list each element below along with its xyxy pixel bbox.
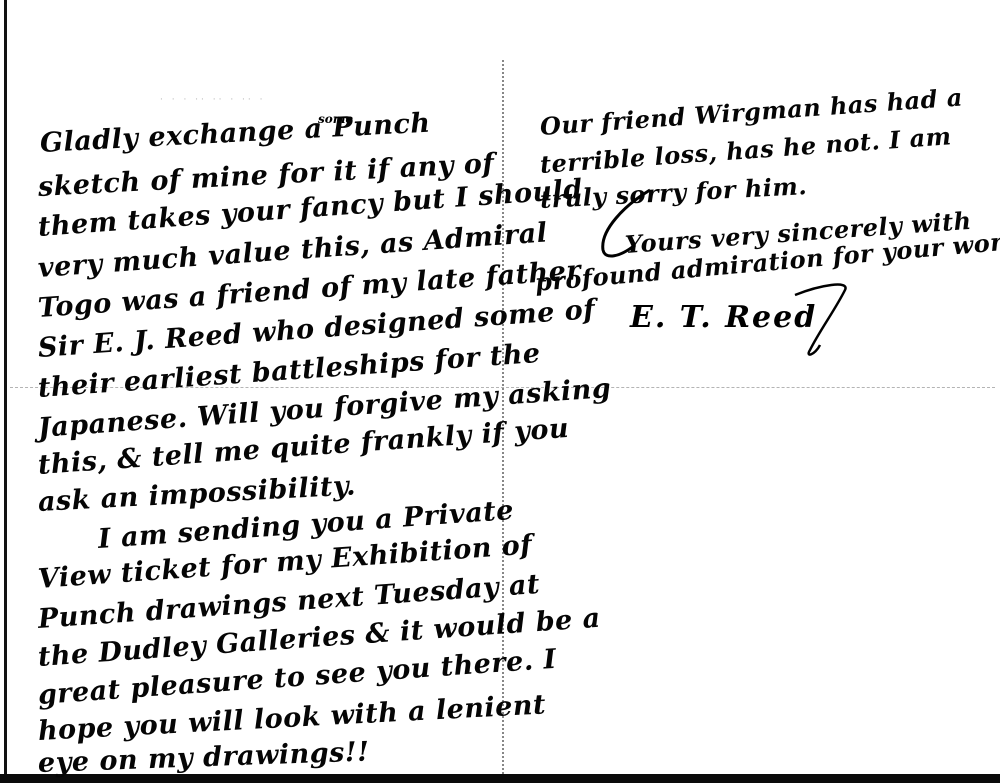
- letter-scan: · · · ·· ·· · ·· · Gladly exchange a Pun…: [0, 0, 1000, 783]
- letter-line: Gladly exchange a Punch: [39, 108, 431, 159]
- scan-border-bottom: [0, 774, 1000, 783]
- faint-smudge: · · · ·· ·· · ·· ·: [160, 95, 266, 105]
- scan-border-left: [4, 0, 7, 778]
- signature-flourish-icon: [790, 280, 870, 360]
- closing-flourish-icon: [595, 185, 655, 265]
- interlinear-insert: some: [318, 112, 353, 126]
